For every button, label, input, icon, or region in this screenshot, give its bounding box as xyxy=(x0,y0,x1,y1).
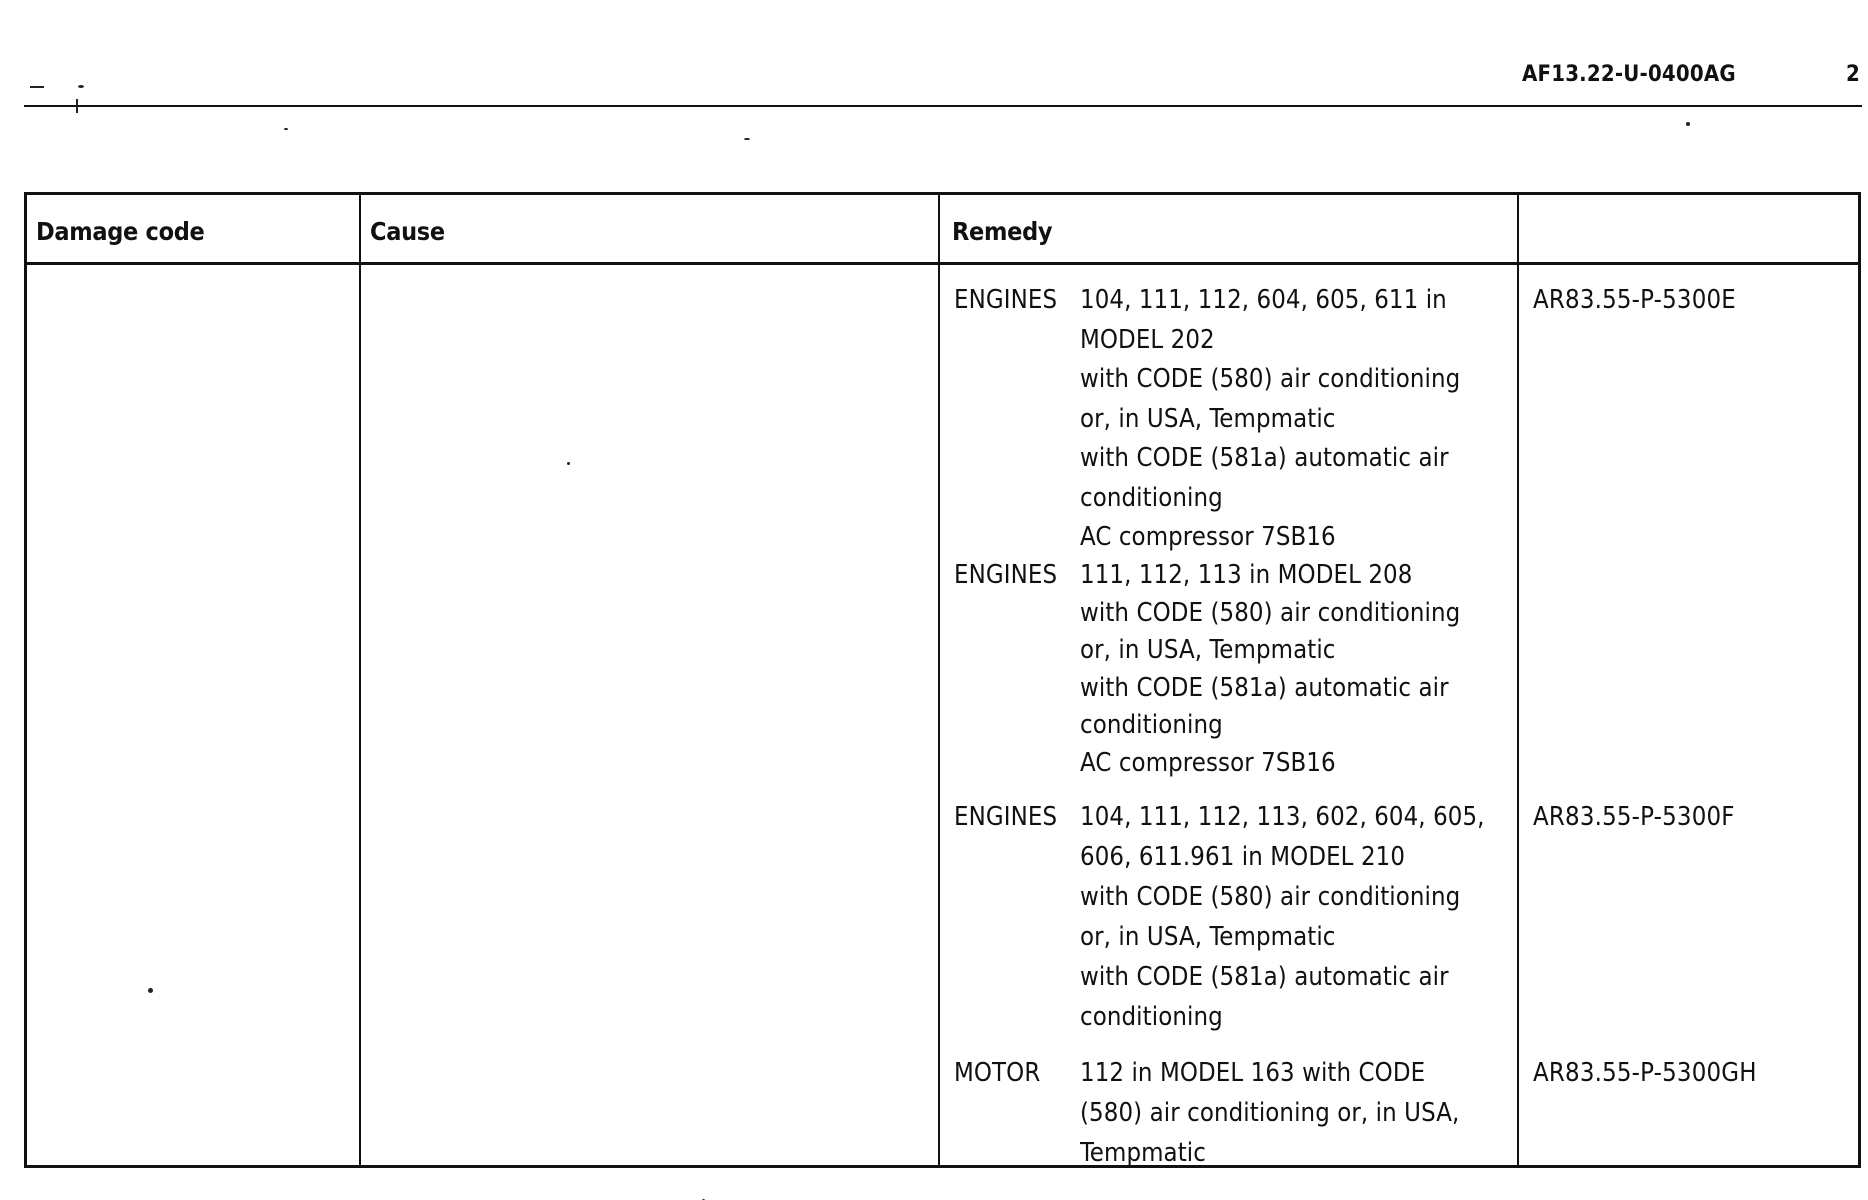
remedy-line: or, in USA, Tempmatic xyxy=(1080,917,1550,957)
scan-artifact xyxy=(78,85,84,88)
remedy-line: with CODE (580) air conditioning xyxy=(1080,877,1550,917)
remedy-line: 112 in MODEL 163 with CODE xyxy=(1080,1053,1550,1093)
reference-link[interactable]: AR83.55-P-5300GH xyxy=(1533,1053,1757,1093)
remedy-line: with CODE (581a) automatic air xyxy=(1080,439,1550,479)
remedy-table: Damage code Cause Remedy ENGINES 104, 11… xyxy=(24,192,1861,1168)
remedy-line: or, in USA, Tempmatic xyxy=(1080,632,1550,670)
remedy-line: conditioning xyxy=(1080,997,1550,1037)
remedy-description: 104, 111, 112, 113, 602, 604, 605, 606, … xyxy=(1080,797,1550,1037)
remedy-line: or, in USA, Tempmatic xyxy=(1080,400,1550,440)
reference-link[interactable]: AR83.55-P-5300F xyxy=(1533,797,1735,837)
remedy-line: (580) air conditioning or, in USA, xyxy=(1080,1093,1550,1133)
reference-link[interactable]: AR83.55-P-5300E xyxy=(1533,281,1736,321)
column-divider xyxy=(938,195,940,1165)
remedy-line: 104, 111, 112, 113, 602, 604, 605, xyxy=(1080,797,1550,837)
remedy-description: 112 in MODEL 163 with CODE (580) air con… xyxy=(1080,1053,1550,1173)
remedy-line: 104, 111, 112, 604, 605, 611 in xyxy=(1080,281,1550,321)
remedy-line: with CODE (581a) automatic air xyxy=(1080,670,1550,708)
remedy-kind: ENGINES xyxy=(954,281,1057,321)
scan-artifact xyxy=(30,86,44,88)
remedy-line: AC compressor 7SB16 xyxy=(1080,745,1550,783)
page-number: 2 xyxy=(1846,62,1860,87)
scan-artifact xyxy=(1686,122,1690,126)
header-remedy: Remedy xyxy=(952,217,1052,246)
scan-artifact xyxy=(76,99,78,113)
remedy-kind: MOTOR xyxy=(954,1053,1040,1093)
remedy-description: 104, 111, 112, 604, 605, 611 in MODEL 20… xyxy=(1080,281,1550,558)
remedy-kind: ENGINES xyxy=(954,557,1057,595)
remedy-line: with CODE (581a) automatic air xyxy=(1080,957,1550,997)
header-cause: Cause xyxy=(370,217,445,246)
header-row-rule xyxy=(27,262,1858,265)
remedy-line: conditioning xyxy=(1080,707,1550,745)
remedy-line: with CODE (580) air conditioning xyxy=(1080,360,1550,400)
scan-artifact xyxy=(744,138,750,140)
header-damage-code: Damage code xyxy=(36,217,205,246)
remedy-line: MODEL 202 xyxy=(1080,321,1550,361)
remedy-line: with CODE (580) air conditioning xyxy=(1080,595,1550,633)
remedy-line: AC compressor 7SB16 xyxy=(1080,518,1550,558)
remedy-description: 111, 112, 113 in MODEL 208 with CODE (58… xyxy=(1080,557,1550,782)
page-header: AF13.22-U-0400AG 2 xyxy=(0,0,1868,110)
remedy-kind: ENGINES xyxy=(954,797,1057,837)
column-divider xyxy=(359,195,361,1165)
remedy-line: 111, 112, 113 in MODEL 208 xyxy=(1080,557,1550,595)
header-rule xyxy=(24,105,1862,107)
remedy-line: 606, 611.961 in MODEL 210 xyxy=(1080,837,1550,877)
scan-artifact xyxy=(284,128,288,130)
remedy-line: Tempmatic xyxy=(1080,1133,1550,1173)
remedy-line: conditioning xyxy=(1080,479,1550,519)
document-id: AF13.22-U-0400AG xyxy=(1522,62,1736,87)
